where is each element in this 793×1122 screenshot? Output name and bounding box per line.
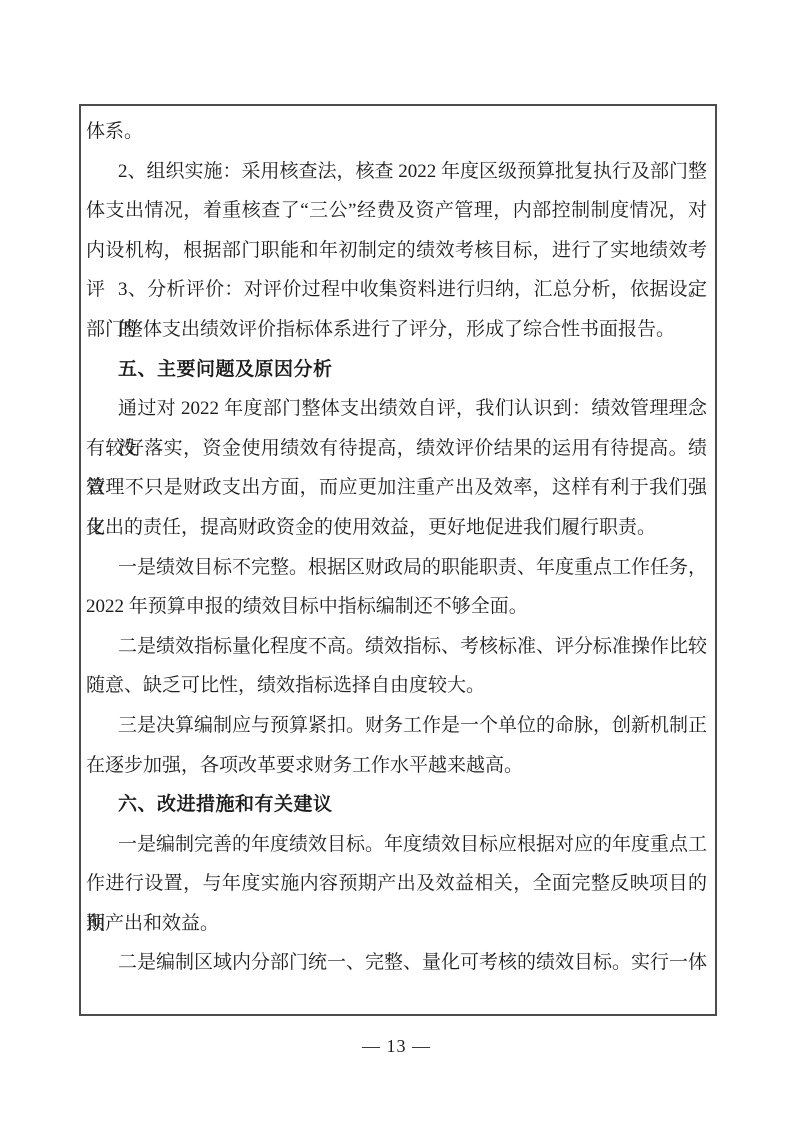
text-line: 部门整体支出绩效评价指标体系进行了评分，形成了综合性书面报告。 (86, 310, 707, 350)
text-line: 期产出和效益。 (86, 904, 707, 944)
document-page: 体系。2、组织实施：采用核查法，核查 2022 年度区级预算批复执行及部门整体支… (0, 0, 793, 1122)
text-line: 通过对 2022 年度部门整体支出绩效自评，我们认识到：绩效管理理念没 (86, 389, 707, 429)
text-line: 三是决算编制应与预算紧扣。财务工作是一个单位的命脉，创新机制正 (86, 706, 707, 746)
text-line: 内设机构，根据部门职能和年初制定的绩效考核目标，进行了实地绩效考评。 (86, 231, 707, 271)
page-number: — 13 — (362, 1036, 431, 1056)
text-line: 3、分析评价：对评价过程中收集资料进行归纳，汇总分析，依据设定的 (86, 270, 707, 310)
text-line: 二是编制区域内分部门统一、完整、量化可考核的绩效目标。实行一体 (86, 943, 707, 983)
text-line: 体系。 (86, 112, 707, 152)
text-lines-container: 体系。2、组织实施：采用核查法，核查 2022 年度区级预算批复执行及部门整体支… (86, 112, 707, 983)
text-line: 一是编制完善的年度绩效目标。年度绩效目标应根据对应的年度重点工 (86, 825, 707, 865)
text-line: 在逐步加强，各项改革要求财务工作水平越来越高。 (86, 746, 707, 786)
text-line: 作进行设置，与年度实施内容预期产出及效益相关，全面完整反映项目的预 (86, 864, 707, 904)
text-line: 支出的责任，提高财政资金的使用效益，更好地促进我们履行职责。 (86, 508, 707, 548)
text-line: 二是绩效指标量化程度不高。绩效指标、考核标准、评分标准操作比较 (86, 627, 707, 667)
text-line: 体支出情况，着重核查了“三公”经费及资产管理，内部控制制度情况，对 (86, 191, 707, 231)
text-line: 一是绩效目标不完整。根据区财政局的职能职责、年度重点工作任务， (86, 548, 707, 588)
report-text-cell: 体系。2、组织实施：采用核查法，核查 2022 年度区级预算批复执行及部门整体支… (79, 104, 717, 1016)
text-line: 有较好落实，资金使用绩效有待提高，绩效评价结果的运用有待提高。绩效 (86, 429, 707, 469)
text-line: 管理不只是财政支出方面，而应更加注重产出及效率，这样有利于我们强化 (86, 468, 707, 508)
text-line: 随意、缺乏可比性，绩效指标选择自由度较大。 (86, 666, 707, 706)
text-line: 2、组织实施：采用核查法，核查 2022 年度区级预算批复执行及部门整 (86, 152, 707, 192)
section-heading: 六、改进措施和有关建议 (86, 785, 707, 825)
section-heading: 五、主要问题及原因分析 (86, 350, 707, 390)
text-line: 2022 年预算申报的绩效目标中指标编制还不够全面。 (86, 587, 707, 627)
page-footer: — 13 — (0, 1036, 793, 1057)
